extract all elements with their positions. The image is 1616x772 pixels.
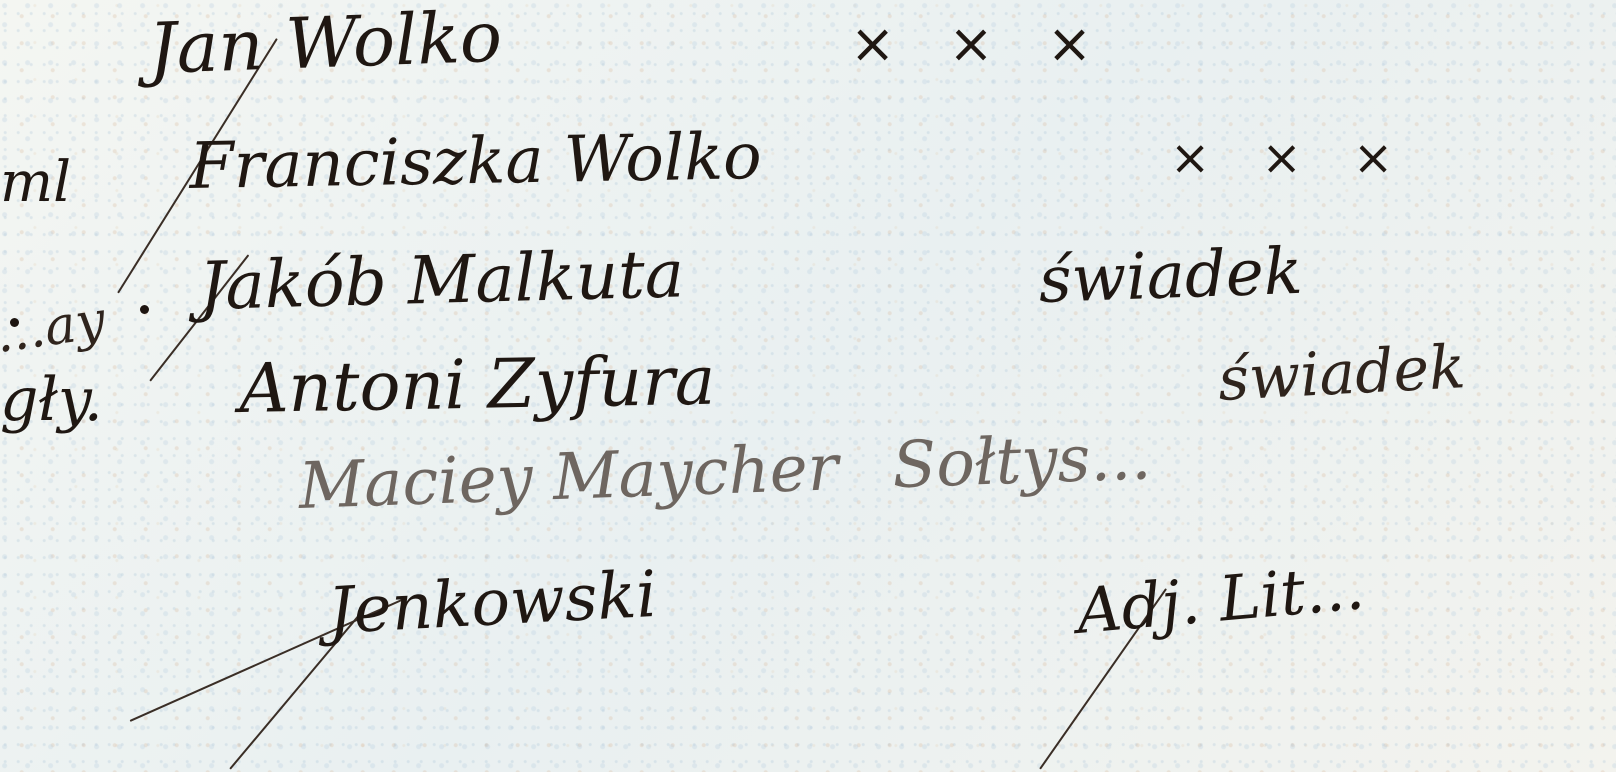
cross-marks: × × × [850, 12, 1110, 75]
witness-label: świadek [1216, 332, 1467, 415]
signature-name: Jakób Malkuta [198, 235, 685, 325]
margin-fragment: gły. [0, 365, 103, 435]
ink-blot [140, 305, 149, 314]
cross-marks: × × × [1170, 130, 1411, 186]
witness-label: świadek [1037, 235, 1303, 318]
signature-name: Jan Wolko [147, 0, 503, 90]
signature-name: Antoni Zyfura [239, 342, 716, 429]
signature-line-2: Franciszka Wolko [189, 120, 762, 204]
margin-fragment: ml [0, 150, 71, 215]
soltys-label: Sołtys... [891, 420, 1152, 503]
signature-line-4: Antoni Zyfura [239, 342, 716, 429]
signature-line-3: Jakób Malkuta [198, 235, 685, 325]
signature-line-1: Jan Wolko [147, 0, 503, 90]
signature-name: Franciszka Wolko [189, 120, 762, 204]
